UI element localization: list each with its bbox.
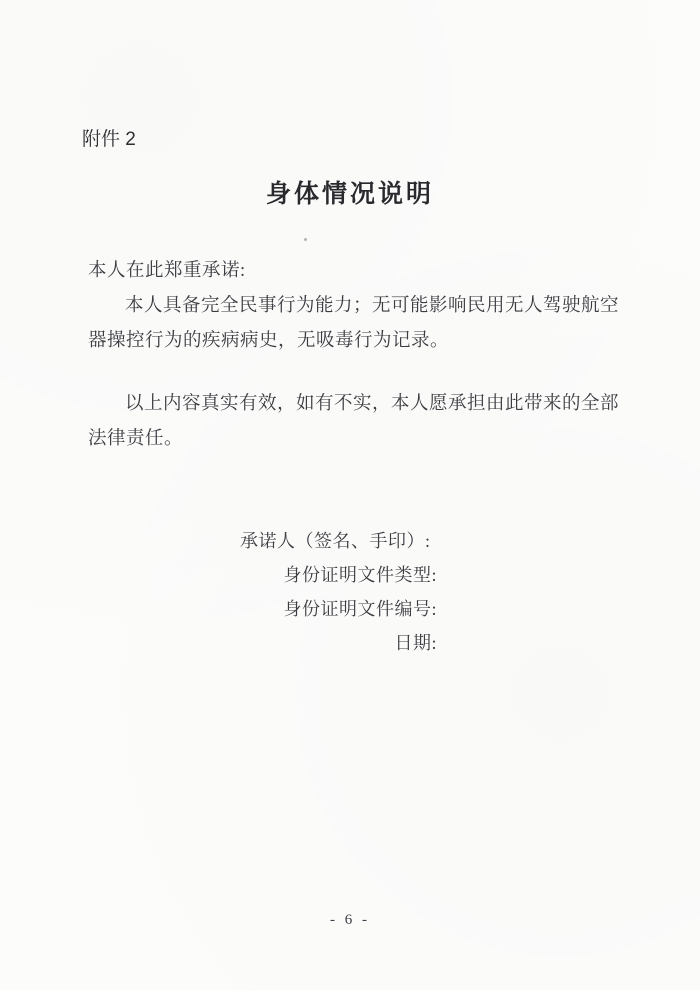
document-body: 本人在此郑重承诺: 本人具备完全民事行为能力；无可能影响民用无人驾驶航空 器操控… <box>88 254 628 457</box>
paragraph2-line-1: 以上内容真实有效，如有不实，本人愿承担由此带来的全部 <box>88 387 628 422</box>
attachment-label: 附件 2 <box>82 124 136 151</box>
paragraph1-line-1: 本人具备完全民事行为能力；无可能影响民用无人驾驶航空 <box>88 289 628 324</box>
signature-id-type-label: 身份证明文件类型: <box>283 561 437 587</box>
signature-id-number-label: 身份证明文件编号: <box>283 595 437 621</box>
scan-speck <box>304 238 307 241</box>
signature-signer-label: 承诺人（签名、手印）: <box>240 527 431 553</box>
promise-intro-line: 本人在此郑重承诺: <box>88 254 628 289</box>
page-number: - 6 - <box>0 912 700 929</box>
paragraph1-line-2: 器操控行为的疾病病史，无吸毒行为记录。 <box>88 324 628 359</box>
paragraph2-line-2: 法律责任。 <box>88 422 628 457</box>
paragraph-gap <box>88 359 628 387</box>
document-page: 附件 2 身体情况说明 本人在此郑重承诺: 本人具备完全民事行为能力；无可能影响… <box>0 0 700 990</box>
signature-date-label: 日期: <box>394 629 437 655</box>
document-title: 身体情况说明 <box>0 174 700 210</box>
